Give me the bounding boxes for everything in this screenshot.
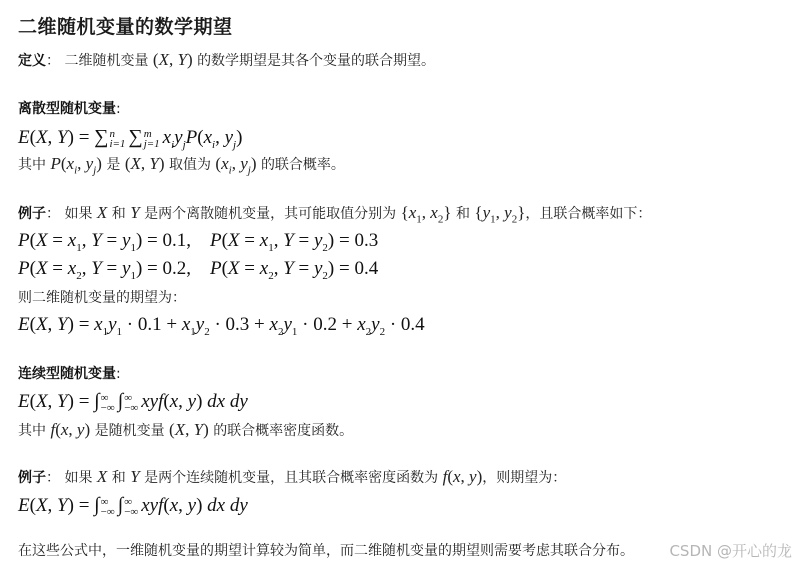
math-xy: (X, Y) (153, 50, 193, 69)
continuous-example-formula: E(X, Y) = ∫∞−∞∫∞−∞xyf(x, y) dx dy (18, 493, 248, 518)
page-title: 二维随机变量的数学期望 (18, 12, 233, 39)
watermark: CSDN @开心的龙 (669, 540, 792, 561)
result-formula: E(X, Y) = x1y1 · 0.1 + x1y2 · 0.3 + x2y1… (18, 313, 425, 344)
conclusion: 在这些公式中，一维随机变量的期望计算较为简单，而二维随机变量的期望则需要考虑其联… (18, 541, 634, 561)
prob-row-2: P(X = x2, Y = y1) = 0.2, P(X = x2, Y = y… (18, 257, 378, 288)
prob-row-1: P(X = x1, Y = y1) = 0.1, P(X = x1, Y = y… (18, 229, 378, 260)
discrete-example-line: 例子： 如果 X 和 Y 是两个离散随机变量，其可能取值分别为 {x1, x2}… (18, 203, 651, 229)
discrete-formula: E(X, Y) = ∑ni=1∑mj=1xiyjP(xi, yj) (18, 125, 242, 157)
discrete-note: 其中 P(xi, yj) 是 (X, Y) 取值为 (xi, yj) 的联合概率… (18, 154, 345, 180)
example-label: 例子 (18, 206, 46, 222)
continuous-heading: 连续型随机变量: (18, 364, 121, 384)
definition-label: 定义 (18, 53, 46, 69)
result-intro: 则二维随机变量的期望为： (18, 288, 186, 308)
definition-line: 定义： 二维随机变量 (X, Y) 的数学期望是其各个变量的联合期望。 (18, 50, 435, 71)
continuous-formula: E(X, Y) = ∫∞−∞∫∞−∞xyf(x, y) dx dy (18, 389, 248, 414)
continuous-example-line: 例子： 如果 X 和 Y 是两个连续随机变量，且其联合概率密度函数为 f(x, … (18, 467, 566, 488)
continuous-note: 其中 f(x, y) 是随机变量 (X, Y) 的联合概率密度函数。 (18, 420, 353, 441)
discrete-heading: 离散型随机变量: (18, 99, 121, 119)
